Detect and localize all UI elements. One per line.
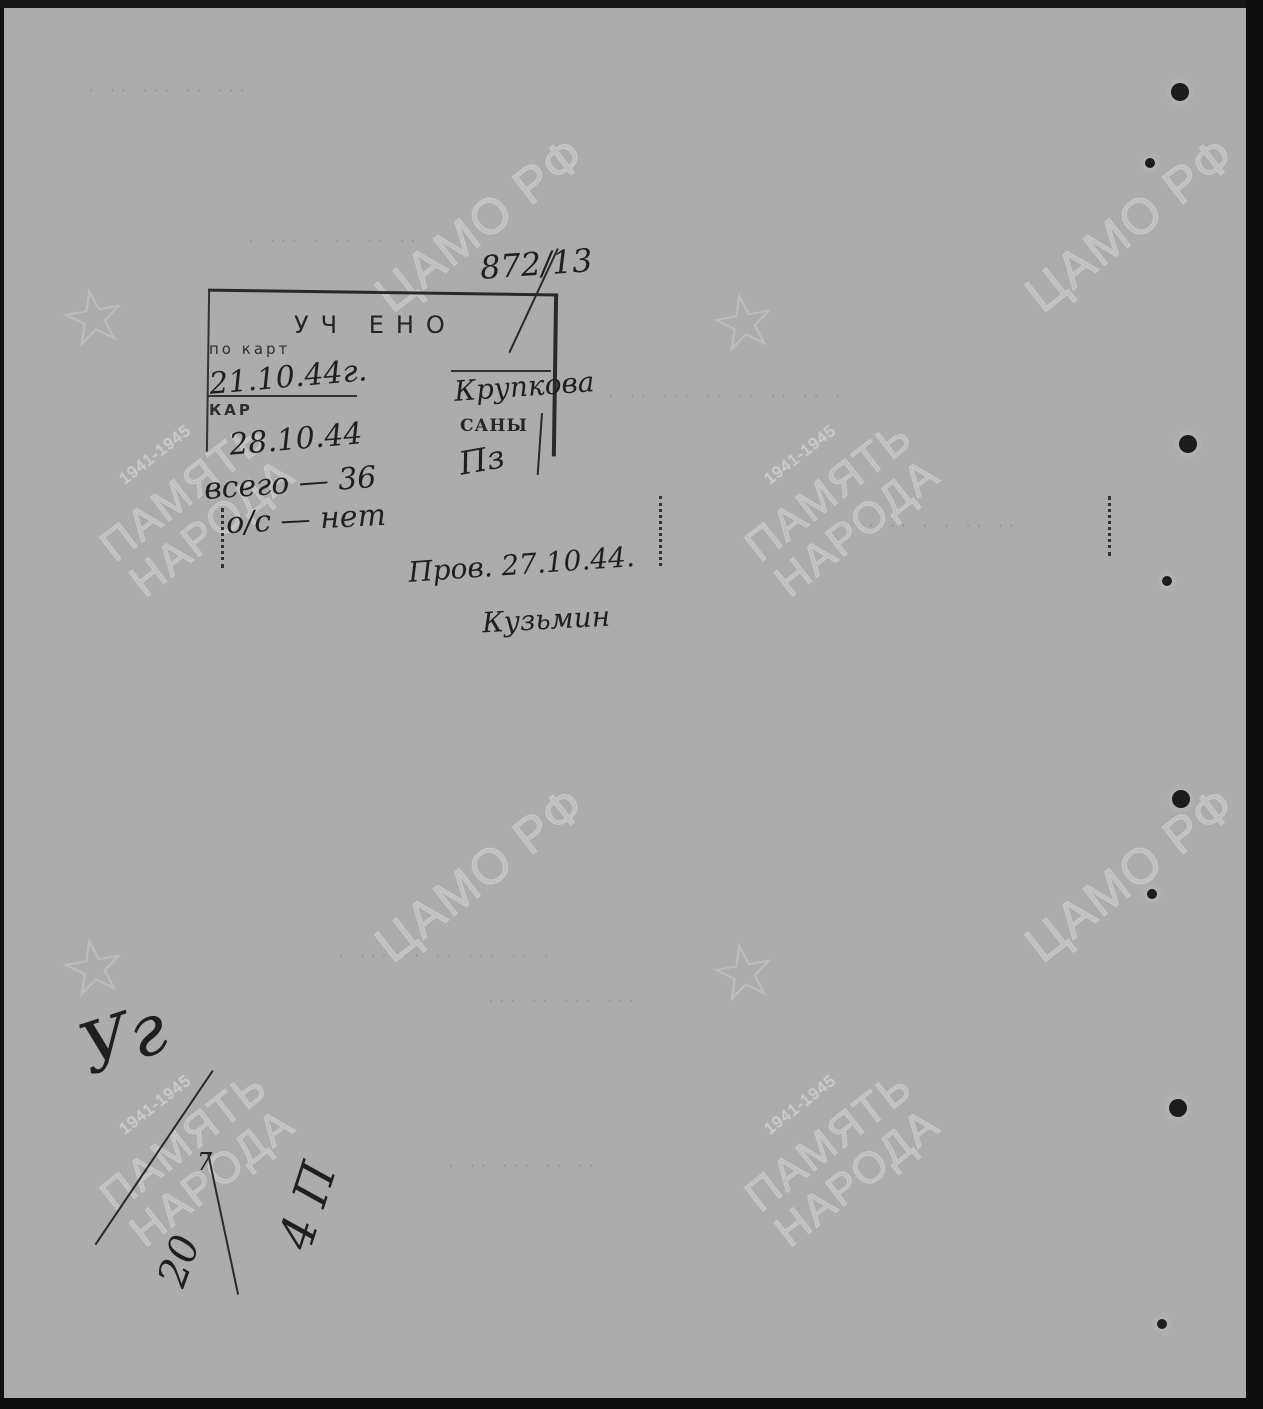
dotted-marks (1108, 496, 1115, 556)
binding-hole (1169, 1099, 1187, 1117)
watermark-archive: ЦАМО РФ (364, 774, 596, 973)
star-icon: ☆ (52, 268, 137, 369)
handwritten-signature: Кузьмин (481, 600, 611, 640)
handwritten-os-note: о/с — нет (225, 498, 387, 541)
stamp-title: УЧ ЕНО (294, 311, 457, 339)
handwritten-file-number: 872/13 (479, 241, 594, 287)
bleed-text: · ·· ··· ·· ·· ··· · (334, 948, 550, 963)
binding-hole (1179, 435, 1197, 453)
watermark-archive: ЦАМО РФ (1014, 774, 1246, 973)
binding-hole (1162, 576, 1172, 586)
binding-hole (1147, 889, 1157, 899)
scan-border-bottom (0, 1398, 1263, 1409)
document-page: ··· ·· ··· ·· · ·· ·· ·· · ··· · · ·· ··… (4, 8, 1248, 1398)
binding-hole (1172, 790, 1190, 808)
bleed-text: ··· ··· ·· ··· (484, 993, 635, 1008)
stamp-line: САНЫ (460, 416, 528, 436)
bleed-text: ·· ·· ·· · ··· · (244, 233, 417, 248)
watermark-project: 1941-1945 ПАМЯТЬ НАРОДА (709, 377, 949, 607)
watermark-archive: ЦАМО РФ (1014, 124, 1246, 323)
star-icon: ☆ (702, 923, 787, 1024)
stamp-line: по карт (209, 340, 290, 358)
handwritten-initials: Пз (456, 437, 507, 482)
corner-letters: 4 П (268, 1156, 348, 1257)
stamp-line: КАР (209, 401, 253, 419)
binding-hole (1171, 83, 1189, 101)
handwritten-verification: Пров. 27.10.44. (407, 540, 636, 589)
bleed-text: · ·· ·· ·· ·· ··· ·· · (604, 388, 842, 403)
scan-border-top (0, 0, 1263, 8)
star-icon: ☆ (702, 273, 787, 374)
dotted-marks (659, 496, 666, 566)
bleed-text: ·· ·· ··· ·· · (444, 1158, 595, 1173)
scan-border-right (1246, 0, 1263, 1409)
bleed-text: ··· ·· ··· ·· · (84, 83, 246, 98)
watermark-project: 1941-1945 ПАМЯТЬ НАРОДА (709, 1027, 949, 1257)
binding-hole (1157, 1319, 1167, 1329)
binding-hole (1145, 158, 1155, 168)
